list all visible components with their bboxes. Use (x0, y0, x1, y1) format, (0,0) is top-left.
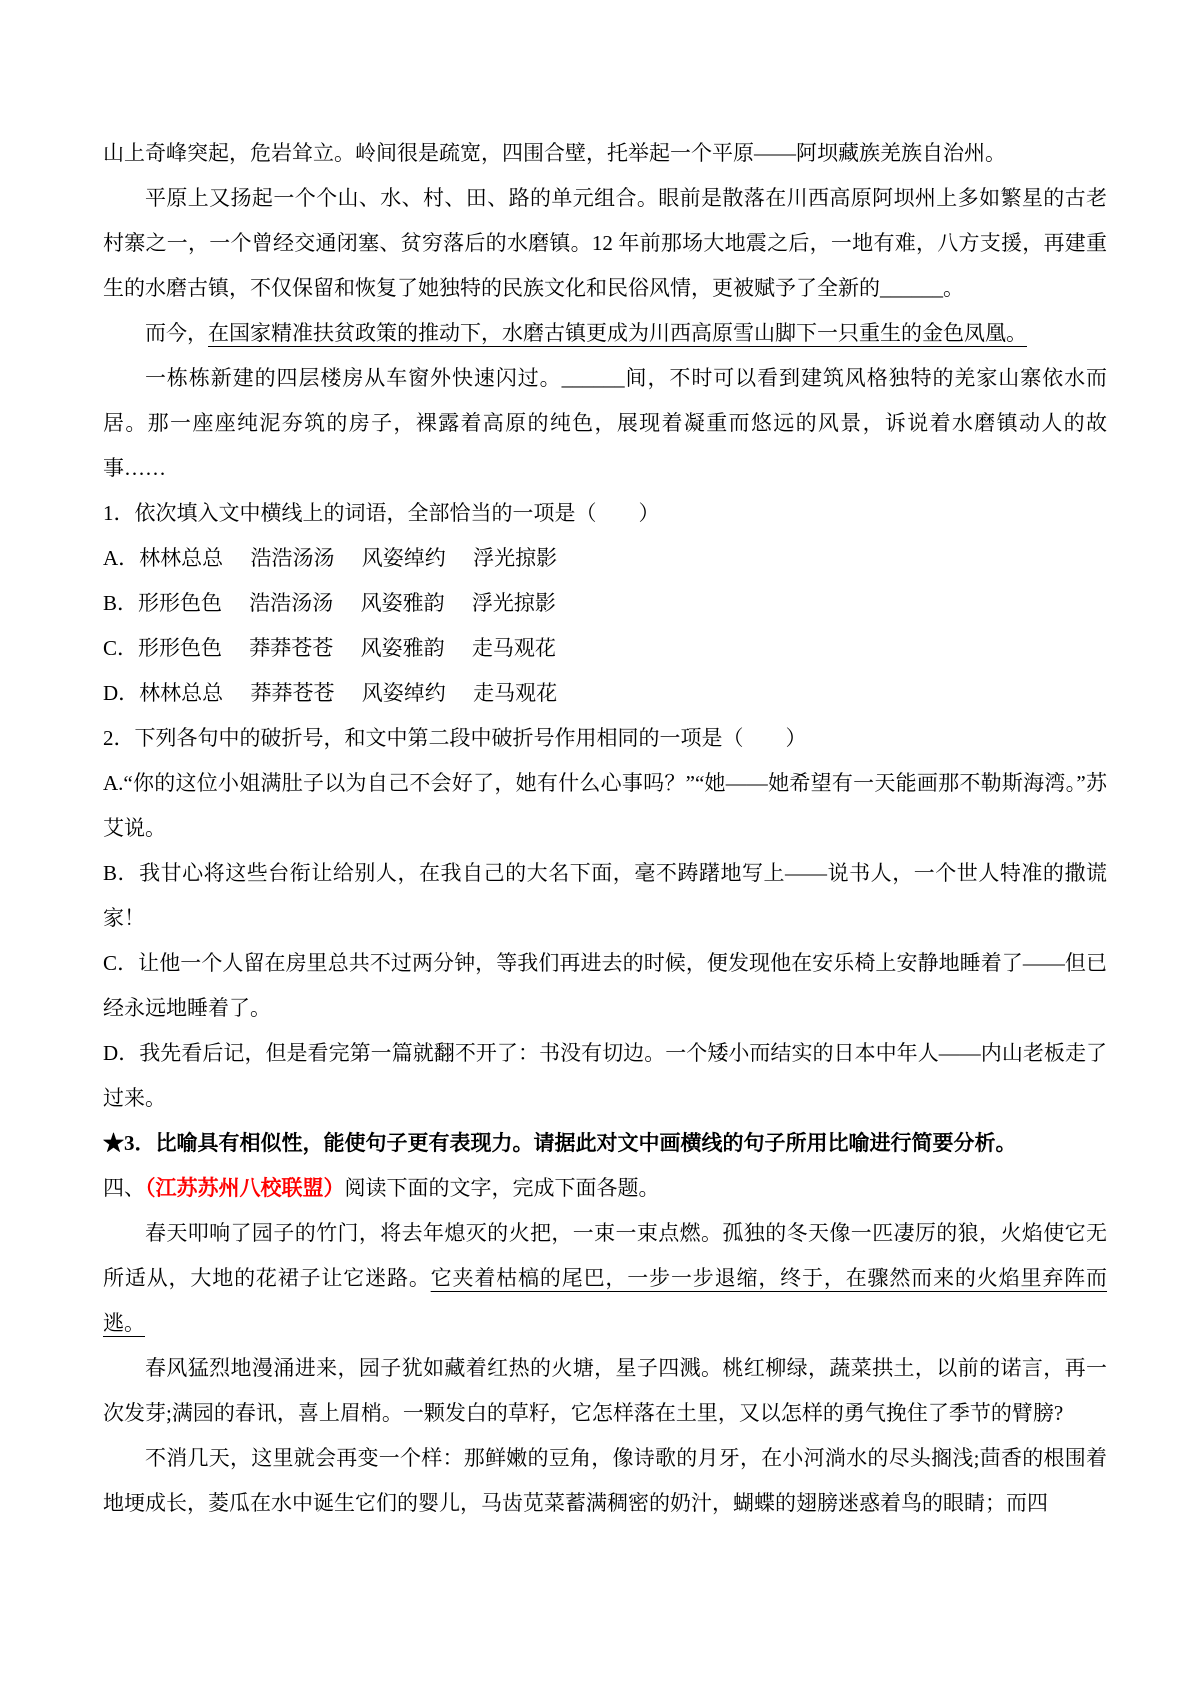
text-segment: 而今， (145, 321, 208, 345)
passage2-paragraph-1: 春天叩响了园子的竹门，将去年熄灭的火把，一束一束点燃。孤独的冬天像一匹凄厉的狼，… (103, 1211, 1107, 1346)
question-1-option-d: D．林林总总 莽莽苍苍 风姿绰约 走马观花 (103, 671, 1107, 716)
text-segment: 春风猛烈地漫涌进来，园子犹如藏着红热的火塘，星子四溅。桃红柳绿，蔬菜拱土，以前的… (103, 1356, 1107, 1425)
section-4-header: 四、（江苏苏州八校联盟）阅读下面的文字，完成下面各题。 (103, 1166, 1107, 1211)
question-2-option-a: A.“你的这位小姐满肚子以为自己不会好了，她有什么心事吗？”“她——她希望有一天… (103, 761, 1107, 851)
text-segment: B．我甘心将这些台衔让给别人，在我自己的大名下面，毫不踌躇地写上——说书人，一个… (103, 861, 1107, 930)
text-segment: 一栋栋新建的四层楼房从车窗外快速闪过。 (145, 366, 562, 390)
question-1-option-b: B．形形色色 浩浩汤汤 风姿雅韵 浮光掠影 (103, 581, 1107, 626)
blank-line-2: ______ (562, 366, 625, 390)
text-segment: 山上奇峰突起，危岩耸立。岭间很是疏宽，四围合壁，托举起一个平原——阿坝藏族羌族自… (103, 141, 1006, 165)
text-segment: A.“你的这位小姐满肚子以为自己不会好了，她有什么心事吗？”“她——她希望有一天… (103, 771, 1107, 840)
question-3-stem: ★3．比喻具有相似性，能使句子更有表现力。请据此对文中画横线的句子所用比喻进行简… (103, 1121, 1107, 1166)
section-source-red: （江苏苏州八校联盟） (145, 1176, 345, 1200)
question-2-stem: 2．下列各句中的破折号，和文中第二段中破折号作用相同的一项是（ ） (103, 716, 1107, 761)
passage2-paragraph-3: 不消几天，这里就会再变一个样：那鲜嫩的豆角，像诗歌的月牙，在小河淌水的尽头搁浅;… (103, 1436, 1107, 1526)
text-segment: ★3．比喻具有相似性，能使句子更有表现力。请据此对文中画横线的句子所用比喻进行简… (103, 1131, 1017, 1155)
question-1-stem: 1．依次填入文中横线上的词语，全部恰当的一项是（ ） (103, 491, 1107, 536)
passage-paragraph-2: 平原上又扬起一个个山、水、村、田、路的单元组合。眼前是散落在川西高原阿坝州上多如… (103, 176, 1107, 311)
text-segment: C．形形色色 莽莽苍苍 风姿雅韵 走马观花 (103, 636, 556, 660)
blank-line-1: ______ (880, 276, 943, 300)
passage-paragraph-1: 山上奇峰突起，危岩耸立。岭间很是疏宽，四围合壁，托举起一个平原——阿坝藏族羌族自… (103, 131, 1107, 176)
question-2-option-d: D．我先看后记，但是看完第一篇就翻不开了：书没有切边。一个矮小而结实的日本中年人… (103, 1031, 1107, 1121)
passage-paragraph-3: 而今，在国家精准扶贫政策的推动下，水磨古镇更成为川西高原雪山脚下一只重生的金色凤… (103, 311, 1107, 356)
question-2-option-b: B．我甘心将这些台衔让给别人，在我自己的大名下面，毫不踌躇地写上——说书人，一个… (103, 851, 1107, 941)
text-segment: 。 (943, 276, 964, 300)
passage-paragraph-4: 一栋栋新建的四层楼房从车窗外快速闪过。______间，不时可以看到建筑风格独特的… (103, 356, 1107, 491)
text-segment: 不消几天，这里就会再变一个样：那鲜嫩的豆角，像诗歌的月牙，在小河淌水的尽头搁浅;… (103, 1446, 1107, 1515)
text-segment: 2．下列各句中的破折号，和文中第二段中破折号作用相同的一项是（ ） (103, 726, 807, 750)
text-segment: A．林林总总 浩浩汤汤 风姿绰约 浮光掠影 (103, 546, 557, 570)
section-instruction: 阅读下面的文字，完成下面各题。 (345, 1176, 660, 1200)
question-2-option-c: C．让他一个人留在房里总共不过两分钟，等我们再进去的时候，便发现他在安乐椅上安静… (103, 941, 1107, 1031)
underlined-text-1: 在国家精准扶贫政策的推动下，水磨古镇更成为川西高原雪山脚下一只重生的金色凤凰。 (208, 321, 1027, 345)
text-segment: D．林林总总 莽莽苍苍 风姿绰约 走马观花 (103, 681, 557, 705)
question-1-option-c: C．形形色色 莽莽苍苍 风姿雅韵 走马观花 (103, 626, 1107, 671)
text-segment: B．形形色色 浩浩汤汤 风姿雅韵 浮光掠影 (103, 591, 556, 615)
passage2-paragraph-2: 春风猛烈地漫涌进来，园子犹如藏着红热的火塘，星子四溅。桃红柳绿，蔬菜拱土，以前的… (103, 1346, 1107, 1436)
section-number: 四、 (103, 1176, 145, 1200)
text-segment: 1．依次填入文中横线上的词语，全部恰当的一项是（ ） (103, 501, 660, 525)
exam-page: 山上奇峰突起，危岩耸立。岭间很是疏宽，四围合壁，托举起一个平原——阿坝藏族羌族自… (0, 0, 1200, 1698)
question-1-option-a: A．林林总总 浩浩汤汤 风姿绰约 浮光掠影 (103, 536, 1107, 581)
text-segment: C．让他一个人留在房里总共不过两分钟，等我们再进去的时候，便发现他在安乐椅上安静… (103, 951, 1107, 1020)
text-segment: D．我先看后记，但是看完第一篇就翻不开了：书没有切边。一个矮小而结实的日本中年人… (103, 1041, 1107, 1110)
